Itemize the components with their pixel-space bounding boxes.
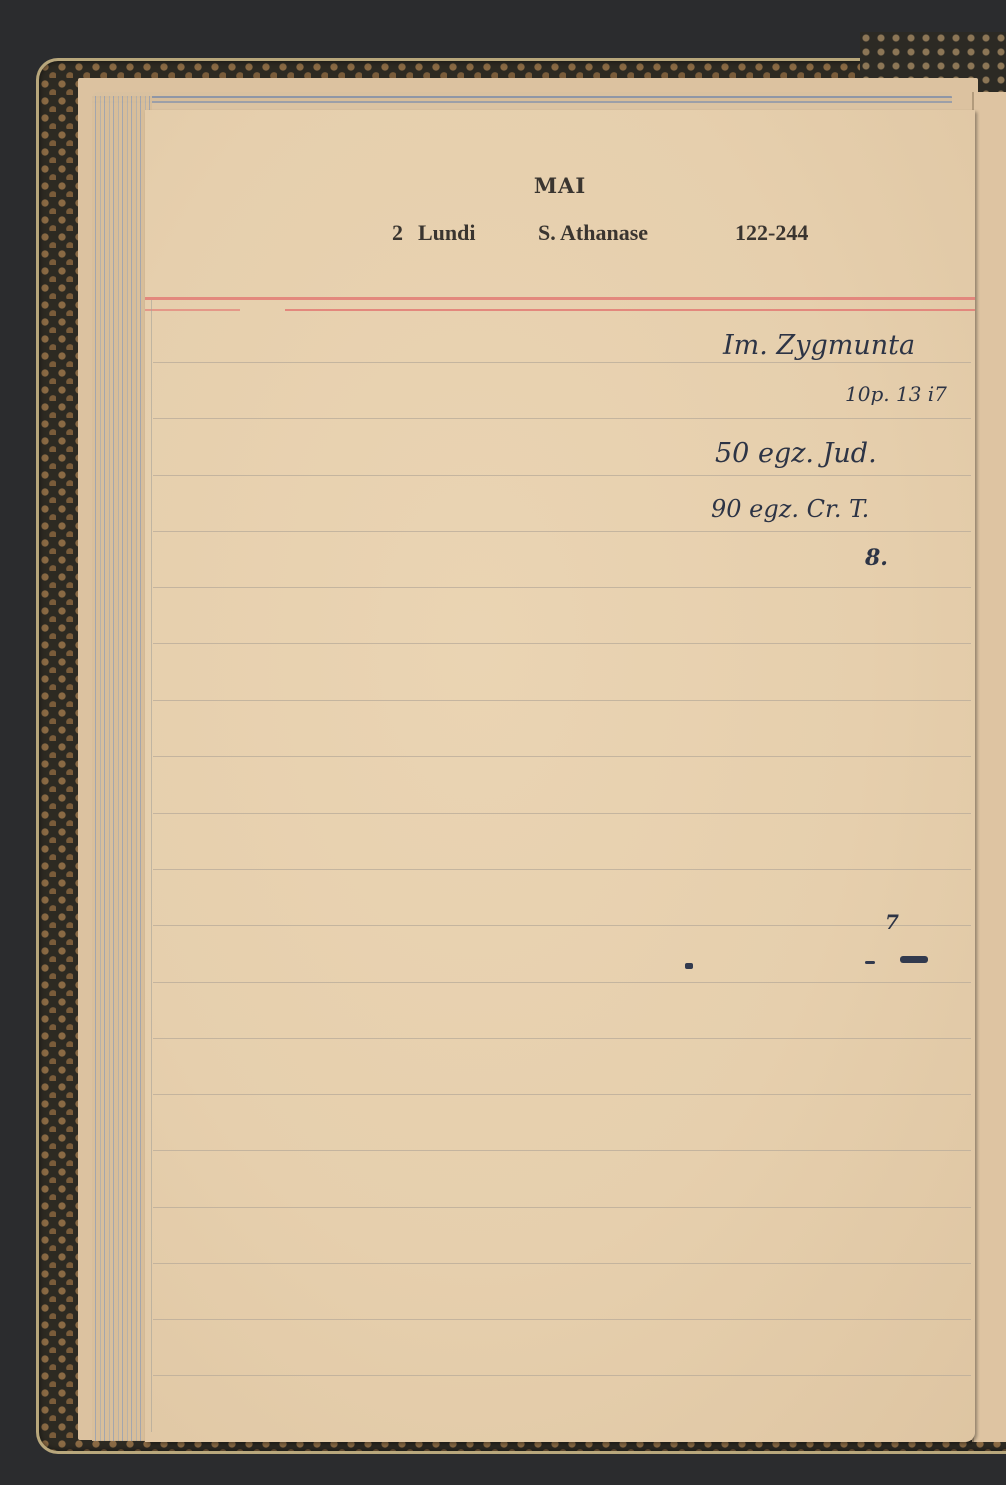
handwritten-note-line-1: Im. Zygmunta [723, 330, 915, 361]
red-header-rule-top [145, 297, 975, 300]
ruled-line [153, 1038, 971, 1039]
ink-smudge [685, 963, 693, 969]
day-number: 2 [392, 220, 403, 246]
handwritten-note-line-3: 50 egz. Jud. [715, 438, 877, 469]
ruled-line [153, 1150, 971, 1151]
ruled-line [153, 982, 971, 983]
ruled-line [153, 418, 971, 419]
page-stack-side-edges [92, 96, 152, 1441]
ruled-line [153, 587, 971, 588]
weekday: Lundi [418, 220, 476, 246]
handwritten-note-line-5: 8. [865, 545, 888, 571]
ink-small-mark [865, 961, 875, 964]
handwritten-fragment: 7 [885, 910, 899, 934]
ink-dash-mark [900, 956, 928, 963]
ruled-line [153, 756, 971, 757]
ruled-line [153, 362, 971, 363]
ruled-line [153, 813, 971, 814]
ruled-line [153, 1094, 971, 1095]
ruled-line [153, 475, 971, 476]
handwritten-note-line-4: 90 egz. Cr. T. [711, 495, 869, 523]
ruled-line [153, 531, 971, 532]
saint-name: S. Athanase [538, 220, 648, 246]
handwritten-note-line-2: 10p. 13 i7 [845, 382, 947, 406]
ruled-line [153, 643, 971, 644]
page-stack-top-edge [92, 92, 952, 112]
facing-page-edge [972, 92, 1006, 1442]
ruled-line [153, 1263, 971, 1264]
month-heading: MAI [145, 173, 975, 198]
ruled-line [153, 700, 971, 701]
diary-page: MAI 2 Lundi S. Athanase 122-244 Im. Zygm… [145, 110, 975, 1442]
red-header-rule-bottom [285, 309, 975, 311]
page-margin-line [151, 300, 152, 1432]
red-header-rule-bottom-left [145, 309, 240, 311]
ruled-line [153, 1319, 971, 1320]
ruled-line [153, 1375, 971, 1376]
ruled-line [153, 869, 971, 870]
ruled-line [153, 1207, 971, 1208]
day-of-year: 122-244 [735, 220, 808, 246]
ruled-line [153, 925, 971, 926]
